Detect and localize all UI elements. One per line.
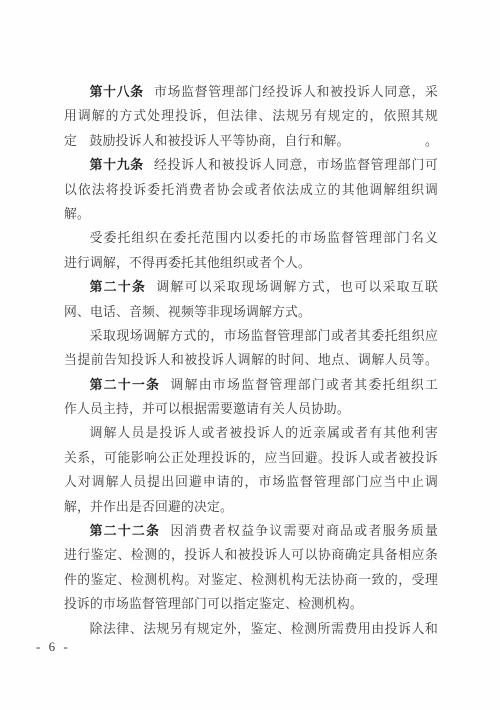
- line-text: 进行鉴定、检测的，投诉人和被投诉人可以协商确定具备相应条: [64, 548, 438, 562]
- text-line: 当提前告知投诉人和被投诉人调解的时间、地点、调解人员等。: [64, 348, 438, 372]
- page-number: - 6 -: [36, 639, 70, 655]
- text-line: 进行调解，不得再委托其他组织或者个人。: [64, 251, 438, 275]
- line-text: 解，并作出是否回避的决定。: [64, 500, 233, 514]
- line-text: 调解可以采取现场调解方式，也可以采取互联: [156, 280, 438, 294]
- line-text: 调解人员是投诉人或者被投诉人的近亲属或者有其他利害: [90, 426, 438, 440]
- text-line: 以依法将投诉委托消费者协会或者依法成立的其他调解组织调: [64, 178, 438, 202]
- article-number: 第二十二条: [90, 524, 161, 538]
- line-text: 件的鉴定、检测机构。对鉴定、检测机构无法协商一致的，受理: [64, 573, 438, 587]
- text-line-article-19: 第十九条经投诉人和被投诉人同意，市场监督管理部门可: [64, 153, 438, 177]
- article-number: 第十八条: [90, 85, 144, 99]
- line-text: 除法律、法规另有规定外，鉴定、检测所需费用由投诉人和: [90, 622, 438, 636]
- text-line-article-18: 第十八条市场监督管理部门经投诉人和被投诉人同意，采: [64, 80, 438, 104]
- text-line: 作人员主持，并可以根据需要邀请有关人员协助。: [64, 397, 438, 421]
- line-text: 投诉的市场监督管理部门可以指定鉴定、检测机构。: [64, 597, 363, 611]
- line-text: 鼓励投诉人和被投诉人平等协商，自行和解。: [90, 134, 350, 148]
- line-text: 作人员主持，并可以根据需要邀请有关人员协助。: [64, 402, 350, 416]
- article-number: 第二十一条: [90, 378, 161, 392]
- text-line: 解。: [64, 202, 438, 226]
- line-text: 受委托组织在委托范围内以委托的市场监督管理部门名义: [90, 231, 438, 245]
- line-text: 当提前告知投诉人和被投诉人调解的时间、地点、调解人员等。: [64, 353, 438, 367]
- line-text: 进行调解，不得再委托其他组织或者个人。: [64, 256, 311, 270]
- line-text: 关系，可能影响公正处理投诉的，应当回避。投诉人或者被投诉: [64, 451, 438, 465]
- article-number: 第十九条: [90, 158, 144, 172]
- line-text: 以依法将投诉委托消费者协会或者依法成立的其他调解组织调: [64, 183, 438, 197]
- text-line: 关系，可能影响公正处理投诉的，应当回避。投诉人或者被投诉: [64, 446, 438, 470]
- document-body: 第十八条市场监督管理部门经投诉人和被投诉人同意，采 用调解的方式处理投诉，但法律…: [64, 80, 438, 641]
- line-text: 解。: [64, 207, 90, 221]
- text-line-article-21: 第二十一条调解由市场监督管理部门或者其委托组织工: [64, 373, 438, 397]
- text-line: 受委托组织在委托范围内以委托的市场监督管理部门名义: [64, 226, 438, 250]
- document-page: 第十八条市场监督管理部门经投诉人和被投诉人同意，采 用调解的方式处理投诉，但法律…: [0, 0, 500, 710]
- text-line: 件的鉴定、检测机构。对鉴定、检测机构无法协商一致的，受理: [64, 568, 438, 592]
- line-text: 经投诉人和被投诉人同意，市场监督管理部门可: [154, 158, 438, 172]
- text-line: 除法律、法规另有规定外，鉴定、检测所需费用由投诉人和: [64, 617, 438, 641]
- text-line-article-20: 第二十条调解可以采取现场调解方式，也可以采取互联: [64, 275, 438, 299]
- line-text: 调解由市场监督管理部门或者其委托组织工: [171, 378, 438, 392]
- text-line: 网、电话、音频、视频等非现场调解方式。: [64, 300, 438, 324]
- text-line: 调解人员是投诉人或者被投诉人的近亲属或者有其他利害: [64, 421, 438, 445]
- line-text: 人对调解人员提出回避申请的，市场监督管理部门应当中止调: [64, 475, 438, 489]
- line-text: 采取现场调解方式的，市场监督管理部门或者其委托组织应: [90, 329, 438, 343]
- text-line: 采取现场调解方式的，市场监督管理部门或者其委托组织应: [64, 324, 438, 348]
- text-line-article-22: 第二十二条因消费者权益争议需要对商品或者服务质量: [64, 519, 438, 543]
- article-number: 第二十条: [90, 280, 147, 294]
- text-line: 人对调解人员提出回避申请的，市场监督管理部门应当中止调: [64, 470, 438, 494]
- text-line: 进行鉴定、检测的，投诉人和被投诉人可以协商确定具备相应条: [64, 543, 438, 567]
- text-line: 投诉的市场监督管理部门可以指定鉴定、检测机构。: [64, 592, 438, 616]
- line-text: 市场监督管理部门经投诉人和被投诉人同意，采: [154, 85, 438, 99]
- line-text: 网、电话、音频、视频等非现场调解方式。: [64, 305, 311, 319]
- line-text: 因消费者权益争议需要对商品或者服务质量: [171, 524, 438, 538]
- text-line: 解，并作出是否回避的决定。: [64, 495, 438, 519]
- text-line: 用调解的方式处理投诉，但法律、法规另有规定的，依照其规定。: [64, 104, 438, 128]
